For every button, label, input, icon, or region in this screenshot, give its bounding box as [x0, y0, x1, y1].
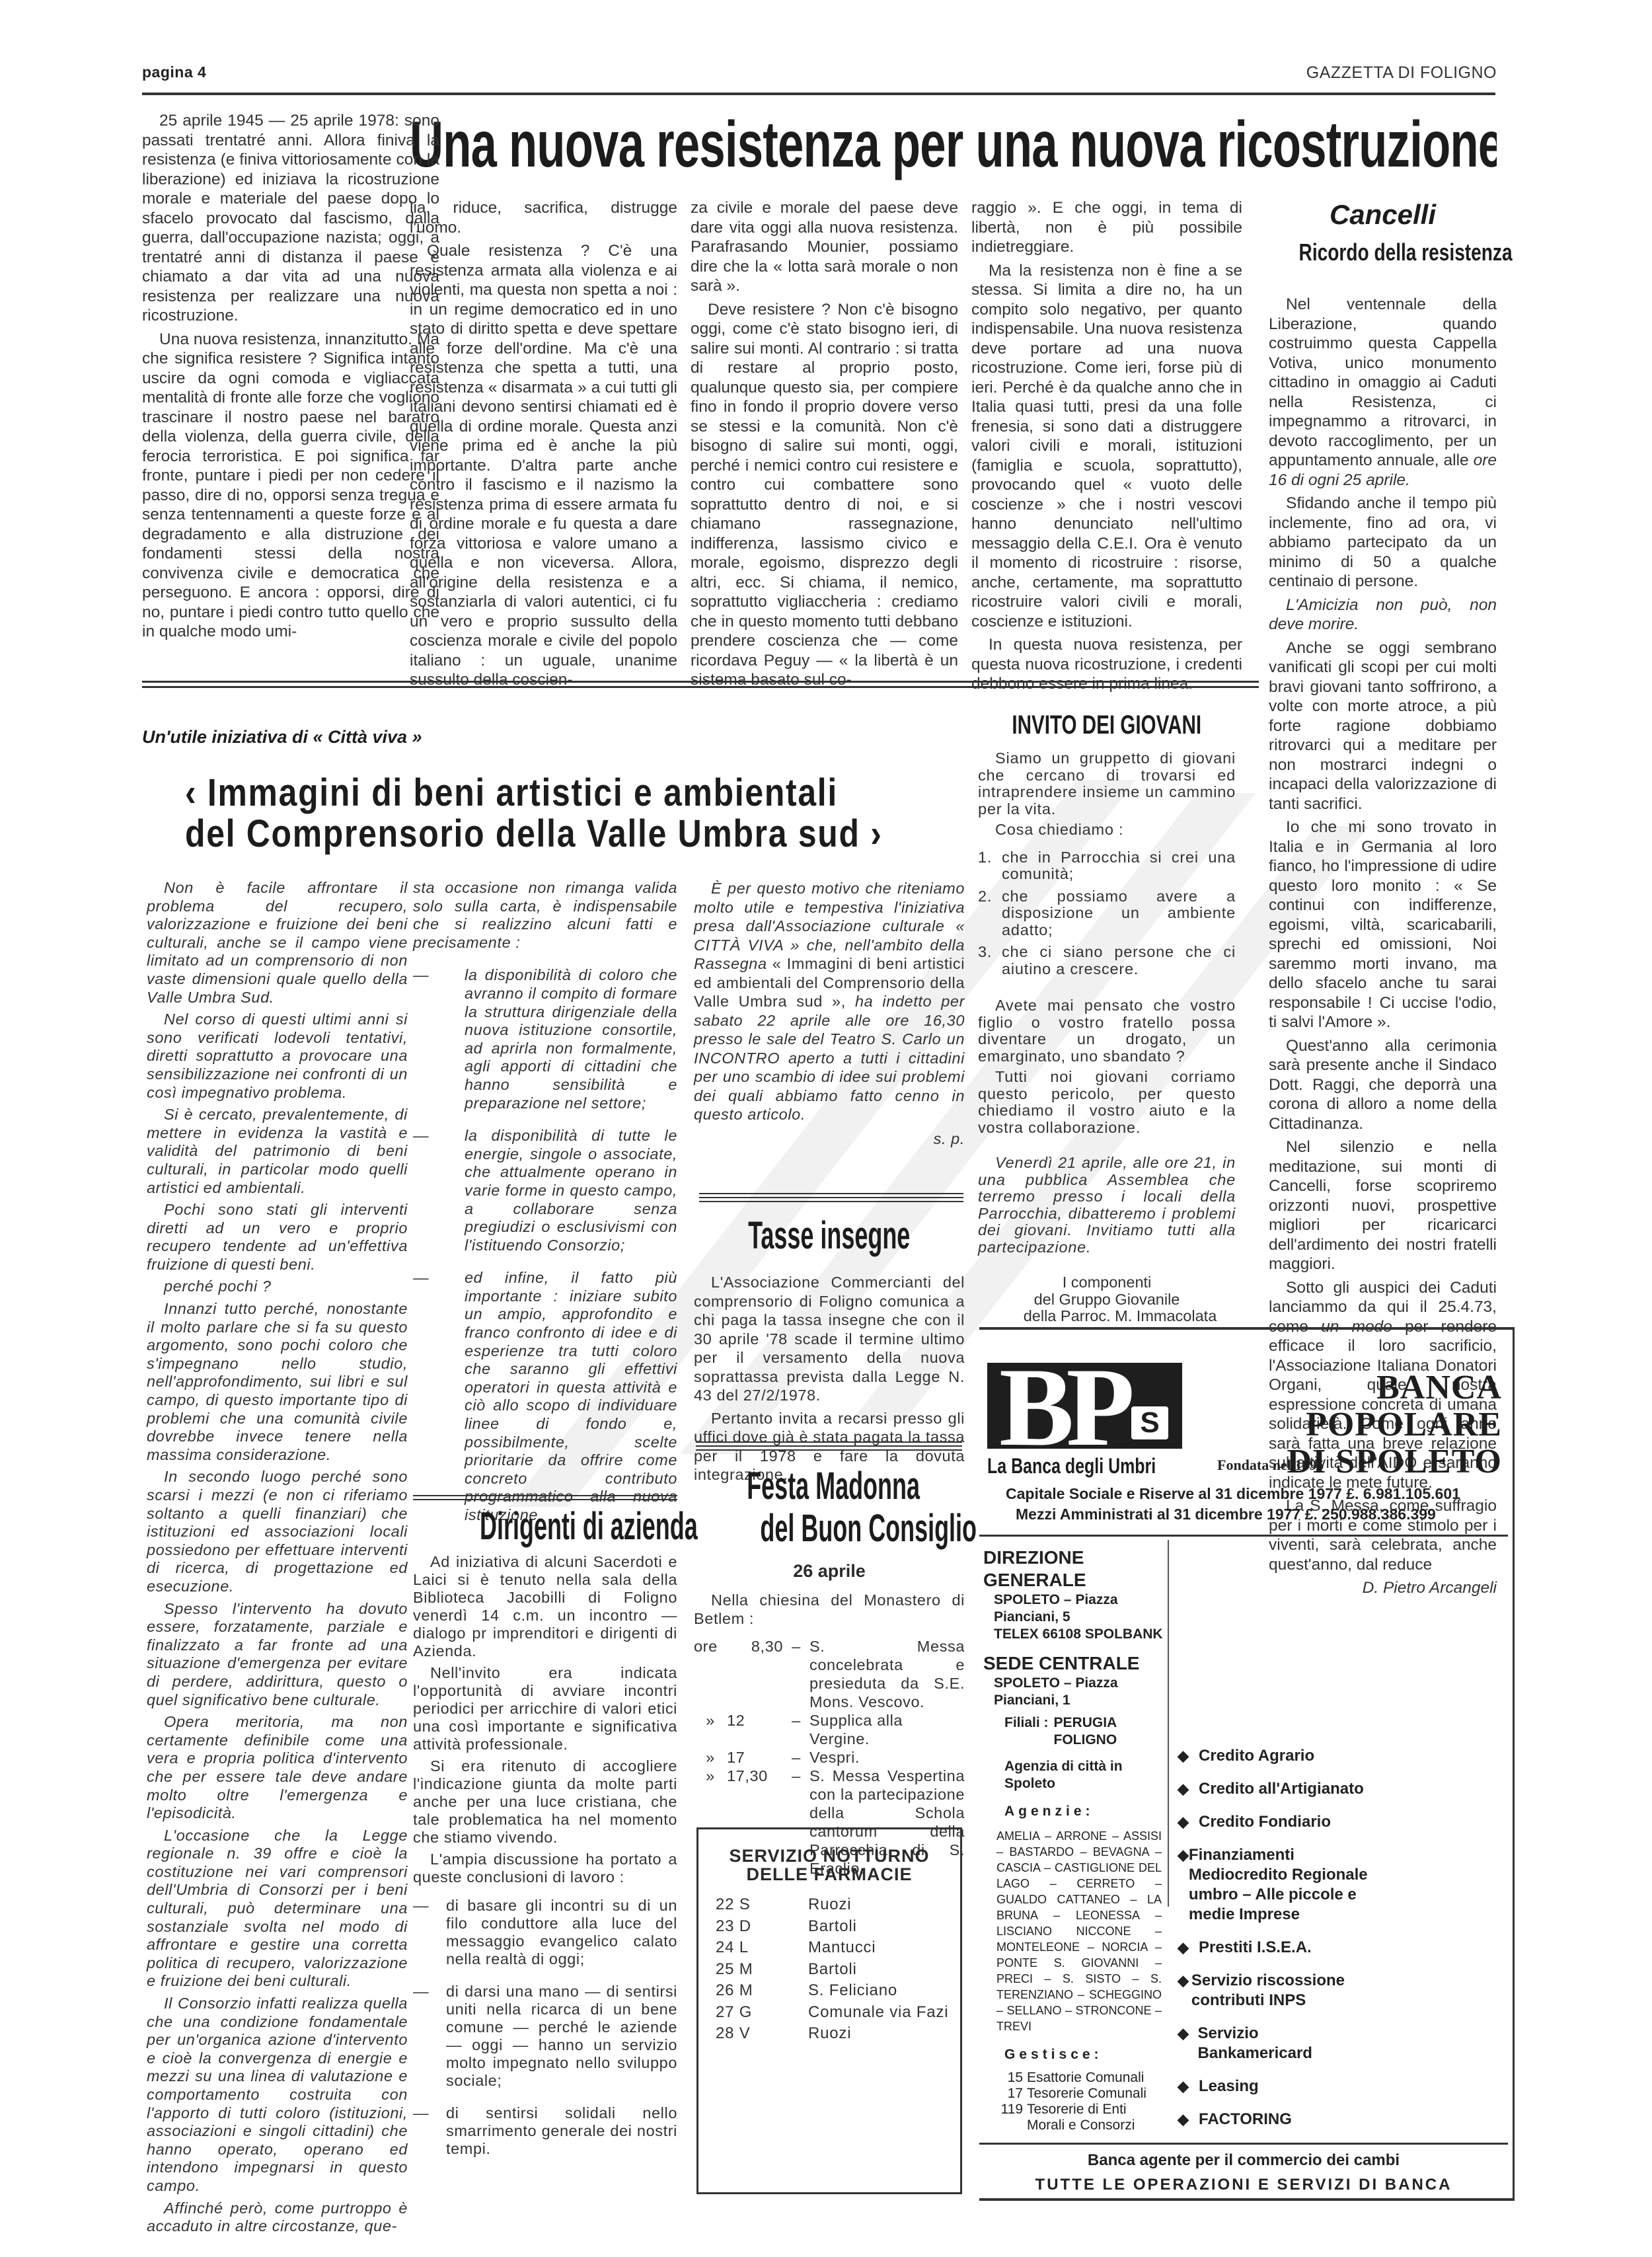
- dirigenti-headline: Dirigenti di azienda: [413, 1507, 677, 1548]
- diamond-icon: ◆: [1178, 1845, 1189, 1865]
- bank-footer-line1: Banca agente per il commercio dei cambi: [979, 2151, 1508, 2170]
- bank-logo: BP S: [987, 1363, 1182, 1449]
- table-row: 27 GComunale via Fazi: [698, 2002, 960, 2024]
- list-item: di basare gli incontri su di un filo con…: [413, 1897, 677, 1968]
- service-item: ◆Credito all'Artigianato: [1178, 1779, 1369, 1799]
- section-rule: [142, 686, 1259, 688]
- diamond-icon: ◆: [1178, 2077, 1199, 2096]
- festa-article: Festa Madonna del Buon Consiglio 26 apri…: [694, 1467, 965, 1878]
- lead-headline: Una nuova resistenza per una nuova ricos…: [410, 111, 1497, 184]
- list-item: la disponibilità di coloro che avranno i…: [413, 966, 677, 1112]
- list-item: 3.che ci siano persone che ci aiutino a …: [978, 944, 1236, 977]
- table-row: 24 LMantucci: [698, 1937, 960, 1959]
- diamond-icon: ◆: [1178, 1746, 1199, 1766]
- lead-column-4: raggio ». E che oggi, in tema di libertà…: [971, 198, 1242, 698]
- farmacie-title: SERVIZIO NOTTURNO DELLE FARMACIE: [698, 1847, 960, 1884]
- table-row: 28 VRuozi: [698, 2023, 960, 2045]
- immagini-headline: ‹ Immagini di beni artistici e ambiental…: [185, 773, 978, 854]
- invito-requests-list: 1.che in Parrocchia si crei una comunità…: [978, 849, 1236, 978]
- service-item: ◆Prestiti I.S.E.A.: [1178, 1938, 1369, 1958]
- schedule-row: »12–Supplica alla Vergine.: [694, 1711, 965, 1748]
- lead-column-3: za civile e morale del paese deve dare v…: [691, 198, 958, 694]
- list-item: di darsi una mano — di sentirsi uniti ne…: [413, 1983, 677, 2090]
- festa-date: 26 aprile: [694, 1561, 965, 1582]
- cancelli-kicker: Cancelli: [1269, 198, 1497, 231]
- section-rule: [699, 1201, 963, 1202]
- immagini-requirements-list: la disponibilità di coloro che avranno i…: [413, 966, 677, 1524]
- table-row: 25 MBartoli: [698, 1959, 960, 1981]
- immagini-column-2: sta occasione non rimanga valida solo su…: [413, 879, 677, 1539]
- section-rule: [142, 681, 1259, 683]
- immagini-column-3: È per questo motivo che riteniamo molto …: [694, 879, 965, 1148]
- table-row: 26 MS. Feliciano: [698, 1980, 960, 2002]
- bank-capital: Capitale Sociale e Riserve al 31 dicembr…: [1006, 1485, 1460, 1503]
- invito-article: INVITO DEI GIOVANI Siamo un gruppetto di…: [978, 710, 1236, 1325]
- list-item: 1.che in Parrocchia si crei una comunità…: [978, 849, 1236, 883]
- section-rule: [696, 1445, 962, 1447]
- festa-headline: Festa Madonna del Buon Consiglio: [694, 1467, 965, 1549]
- schedule-row: ore8,30–S. Messa concelebrata e presiedu…: [694, 1637, 965, 1711]
- bank-managed: Mezzi Amministrati al 31 dicembre 1977 £…: [1016, 1506, 1436, 1523]
- section-rule: [413, 1499, 677, 1500]
- diamond-icon: ◆: [1178, 2110, 1199, 2129]
- diamond-icon: ◆: [1178, 2024, 1198, 2044]
- immagini-signature: s. p.: [694, 1129, 965, 1149]
- diamond-icon: ◆: [1178, 1779, 1199, 1799]
- service-item: ◆Credito Fondiario: [1178, 1812, 1369, 1832]
- newspaper-name: GAZZETTA DI FOLIGNO: [1306, 63, 1497, 83]
- schedule-row: »17–Vespri.: [694, 1748, 965, 1767]
- diamond-icon: ◆: [1178, 1812, 1199, 1832]
- service-item: ◆Credito Agrario: [1178, 1746, 1369, 1766]
- diamond-icon: ◆: [1178, 1971, 1191, 1991]
- bank-divider: [979, 1535, 1508, 1537]
- section-rule: [699, 1193, 963, 1194]
- service-item: ◆Finanziamenti Mediocredito Regionale um…: [1178, 1845, 1369, 1925]
- page-header: pagina 4 GAZZETTA DI FOLIGNO: [142, 61, 1497, 94]
- service-item: ◆FACTORING: [1178, 2110, 1369, 2129]
- list-item: di sentirsi solidali nello smarrimento g…: [413, 2104, 677, 2158]
- section-rule: [696, 1449, 962, 1451]
- tasse-headline: Tasse insegne: [694, 1216, 965, 1257]
- table-row: 23 DBartoli: [698, 1916, 960, 1938]
- list-item: la disponibilità di tutte le energie, si…: [413, 1127, 677, 1254]
- bank-divider: [979, 2143, 1508, 2145]
- lead-column-2: lia, riduce, sacrifica, distrugge l'uomo…: [410, 198, 677, 694]
- farmacie-table: 22 SRuozi 23 DBartoli 24 LMantucci 25 MB…: [698, 1894, 960, 2045]
- immagini-column-1: Non è facile affrontare il problema del …: [147, 879, 408, 2240]
- bank-advertisement: BP S La Banca degli Umbri Fondata nel 18…: [979, 1327, 1515, 2201]
- diamond-icon: ◆: [1178, 1938, 1199, 1958]
- invito-signature: I componenti del Gruppo Giovanile della …: [978, 1274, 1236, 1325]
- page-number: pagina 4: [142, 63, 206, 81]
- bank-footer-line2: TUTTE LE OPERAZIONI E SERVIZI DI BANCA: [979, 2176, 1508, 2194]
- table-row: 22 SRuozi: [698, 1894, 960, 1916]
- bank-name: BANCA POPOLARE DI SPOLETO: [1287, 1369, 1502, 1480]
- tasse-article: Tasse insegne L'Associazione Commerciant…: [694, 1216, 965, 1488]
- cancelli-headline: Ricordo della resistenza: [1269, 238, 1497, 268]
- dirigenti-conclusions-list: di basare gli incontri su di un filo con…: [413, 1897, 677, 2158]
- service-item: ◆Servizio Bankamericard: [1178, 2024, 1369, 2063]
- bank-column-divider: [1168, 1540, 1169, 1907]
- bank-offices: DIREZIONE GENERALE SPOLETO – Piazza Pian…: [983, 1547, 1165, 2133]
- header-rule: [142, 93, 1495, 95]
- list-item: 2.che possiamo avere a disposizione un a…: [978, 888, 1236, 939]
- bank-slogan: La Banca degli Umbri: [987, 1454, 1203, 1478]
- section-rule: [696, 1441, 962, 1443]
- immagini-kicker: Un'utile iniziativa di « Città viva »: [142, 727, 422, 747]
- lead-intro-column: 25 aprile 1945 — 25 aprile 1978: sono pa…: [142, 111, 439, 646]
- section-rule: [699, 1197, 963, 1198]
- dirigenti-article: Dirigenti di azienda Ad iniziativa di al…: [413, 1507, 677, 2172]
- bank-services: ◆Credito Agrario ◆Credito all'Artigianat…: [1178, 1746, 1369, 2143]
- section-rule: [413, 1495, 677, 1496]
- list-item: ed infine, il fatto più importante : ini…: [413, 1269, 677, 1524]
- farmacie-box: SERVIZIO NOTTURNO DELLE FARMACIE 22 SRuo…: [696, 1827, 962, 2194]
- service-item: ◆Leasing: [1178, 2077, 1369, 2096]
- service-item: ◆Servizio riscossione contributi INPS: [1178, 1971, 1369, 2010]
- invito-headline: INVITO DEI GIOVANI: [978, 710, 1236, 741]
